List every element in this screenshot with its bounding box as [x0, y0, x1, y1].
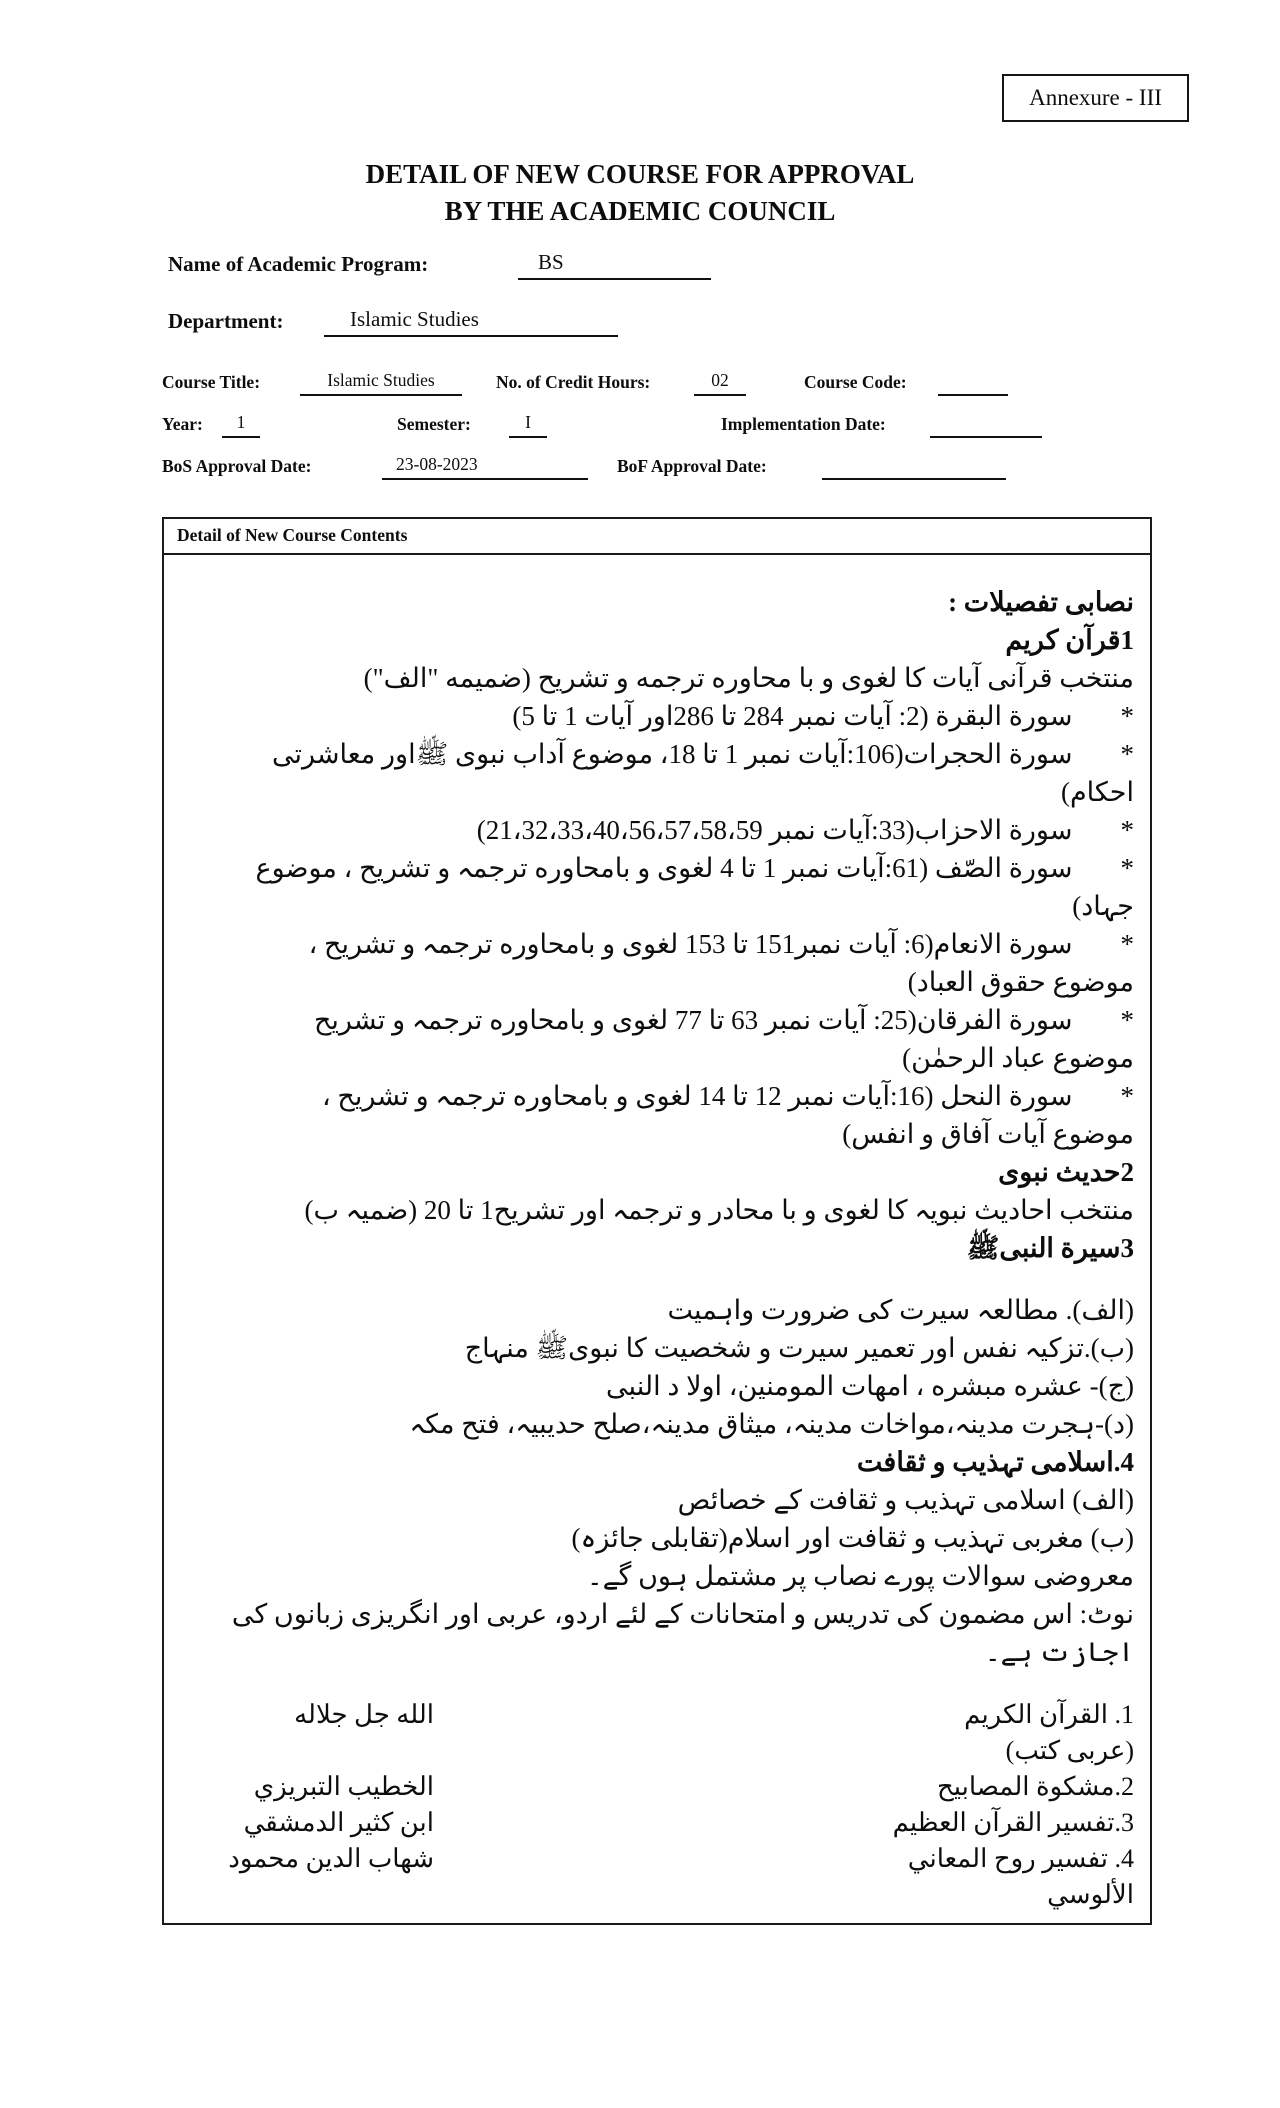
content-line: (الف). مطالعہ سیرت کی ضرورت واہمیت [184, 1291, 1134, 1329]
content-line: جہاد) [184, 887, 1134, 925]
bullet-asterisk: * [1121, 1001, 1135, 1039]
content-line: 4.اسلامی تہذیب و ثقافت [184, 1443, 1134, 1481]
book-author: شهاب الدين محمود [184, 1841, 434, 1877]
book-author: الخطيب التبريزي [184, 1769, 434, 1805]
year-label: Year: [162, 414, 203, 435]
content-line: موضوع آیات آفاق و انفس) [184, 1115, 1134, 1153]
content-line: 1قرآن کریم [184, 621, 1134, 659]
content-line: موضوع عباد الرحمٰن) [184, 1039, 1134, 1077]
page-title: DETAIL OF NEW COURSE FOR APPROVAL BY THE… [0, 156, 1280, 230]
department-label: Department: [168, 309, 283, 334]
course-contents-lines: نصابی تفصیلات :1قرآن کریممنتخب قرآنی آیا… [184, 583, 1134, 1671]
implementation-date-label: Implementation Date: [721, 414, 886, 435]
credit-hours-label: No. of Credit Hours: [496, 372, 650, 393]
bof-approval-label: BoF Approval Date: [617, 456, 767, 477]
content-line: *سورة الحجرات(106:آیات نمبر 1 تا 18، موض… [184, 735, 1134, 773]
content-line: موضوع حقوق العباد) [184, 963, 1134, 1001]
reference-books-list: 1. القرآن الكريمالله جل جلاله(عربی کتب)2… [184, 1697, 1134, 1913]
content-line: (الف) اسلامی تہذیب و ثقافت کے خصائص [184, 1481, 1134, 1519]
approval-row: BoS Approval Date: 23-08-2023 BoF Approv… [0, 456, 1280, 488]
content-line: *سورة الاحزاب(33:آیات نمبر 21،32،33،40،5… [184, 811, 1134, 849]
page-title-line1: DETAIL OF NEW COURSE FOR APPROVAL [0, 156, 1280, 193]
book-title: الألوسي [1047, 1877, 1134, 1913]
content-line: *سورة الصّف (61:آیات نمبر 1 تا 4 لغوی و … [184, 849, 1134, 887]
book-title: 3.تفسير القرآن العظيم [893, 1805, 1134, 1841]
content-line: 3سیرة النبیﷺ [184, 1229, 1134, 1267]
book-title: 1. القرآن الكريم [964, 1697, 1134, 1733]
bullet-asterisk: * [1121, 925, 1135, 963]
content-line: 2حدیث نبوی [184, 1153, 1134, 1191]
annexure-label-box: Annexure - III [1002, 74, 1189, 122]
book-title: 2.مشكوة المصابيح [937, 1769, 1134, 1805]
book-title: 4. تفسير روح المعاني [908, 1841, 1134, 1877]
book-title: (عربی کتب) [1006, 1733, 1134, 1769]
content-line: (ب).تزکیہ نفس اور تعمیر سیرت و شخصیت کا … [184, 1329, 1134, 1367]
bullet-asterisk: * [1121, 735, 1135, 773]
course-title-field: Islamic Studies [300, 370, 462, 396]
content-line: *سورة النحل (16:آیات نمبر 12 تا 14 لغوی … [184, 1077, 1134, 1115]
course-code-field [938, 370, 1008, 396]
book-author: ابن كثير الدمشقي [184, 1805, 434, 1841]
content-line: نوٹ: اس مضمون کی تدریس و امتحانات کے لئے… [184, 1595, 1134, 1633]
course-code-label: Course Code: [804, 372, 907, 393]
program-row: Name of Academic Program: BS [0, 252, 1280, 284]
content-line: نصابی تفصیلات : [184, 583, 1134, 621]
content-line: *سورة الانعام(6: آیات نمبر151 تا 153 لغو… [184, 925, 1134, 963]
year-field: 1 [222, 412, 260, 438]
book-row: الألوسي [184, 1877, 1134, 1913]
document-page: Annexure - III DETAIL OF NEW COURSE FOR … [0, 0, 1280, 2108]
implementation-date-field [930, 412, 1042, 438]
credit-hours-field: 02 [694, 370, 746, 396]
course-contents-header: Detail of New Course Contents [164, 519, 1150, 555]
bos-approval-field: 23-08-2023 [382, 454, 588, 480]
book-row: 4. تفسير روح المعانيشهاب الدين محمود [184, 1841, 1134, 1877]
book-row: (عربی کتب) [184, 1733, 1134, 1769]
content-line: (ب) مغربی تہذیب و ثقافت اور اسلام(تقابلی… [184, 1519, 1134, 1557]
course-contents-box: Detail of New Course Contents نصابی تفصی… [162, 517, 1152, 1925]
annexure-label: Annexure - III [1029, 85, 1162, 111]
content-line: معروضی سوالات پورے نصاب پر مشتمل ہوں گے۔ [184, 1557, 1134, 1595]
content-line: منتخب قرآنی آیات کا لغوی و با محاوره ترج… [184, 659, 1134, 697]
department-row: Department: Islamic Studies [0, 309, 1280, 341]
bullet-asterisk: * [1121, 849, 1135, 887]
content-line: (د)-ہجرت مدینہ،مواخات مدینہ، میثاق مدینہ… [184, 1405, 1134, 1443]
book-row: 2.مشكوة المصابيحالخطيب التبريزي [184, 1769, 1134, 1805]
book-row: 3.تفسير القرآن العظيمابن كثير الدمشقي [184, 1805, 1134, 1841]
bullet-asterisk: * [1121, 1077, 1135, 1115]
content-line: (ج)- عشره مبشره ، امهات المومنین، اولا د… [184, 1367, 1134, 1405]
bos-approval-label: BoS Approval Date: [162, 456, 311, 477]
bullet-asterisk: * [1121, 811, 1135, 849]
content-line: احکام) [184, 773, 1134, 811]
content-line: منتخب احادیث نبویہ کا لغوی و با محادر و … [184, 1191, 1134, 1229]
program-field: BS [518, 250, 711, 280]
book-row: 1. القرآن الكريمالله جل جلاله [184, 1697, 1134, 1733]
book-author: الله جل جلاله [184, 1697, 434, 1733]
department-field: Islamic Studies [324, 307, 618, 337]
bullet-asterisk: * [1121, 697, 1135, 735]
course-title-label: Course Title: [162, 372, 260, 393]
semester-field: I [509, 412, 547, 438]
bof-approval-field [822, 454, 1006, 480]
semester-label: Semester: [397, 414, 471, 435]
content-line: *سورة البقرة (2: آیات نمبر 284 تا 286اور… [184, 697, 1134, 735]
year-row: Year: 1 Semester: I Implementation Date: [0, 414, 1280, 446]
content-line: اجازت ہے۔ [184, 1633, 1134, 1671]
course-row: Course Title: Islamic Studies No. of Cre… [0, 372, 1280, 404]
page-title-line2: BY THE ACADEMIC COUNCIL [0, 193, 1280, 230]
program-label: Name of Academic Program: [168, 252, 428, 277]
content-line: *سورة الفرقان(25: آیات نمبر 63 تا 77 لغو… [184, 1001, 1134, 1039]
